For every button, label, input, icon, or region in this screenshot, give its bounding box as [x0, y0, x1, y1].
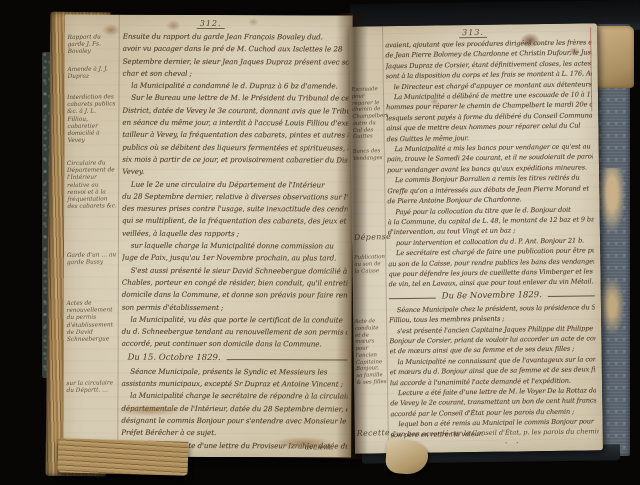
manuscript-line: S'est aussi présenté le sieur David Schn…: [122, 264, 348, 277]
catchword: avaient.: [305, 443, 333, 451]
manuscript-line: Sur le Bureau une lettre de M. le Présid…: [122, 92, 348, 105]
manuscript-line: son permis d'établissement ;: [122, 301, 348, 314]
manuscript-line: Juge de Paix, jusqu'au 1er Novembre proc…: [122, 252, 348, 265]
margin-rule-line: [117, 15, 120, 457]
margin-note: sur la circulaire du Départt. …: [66, 380, 116, 395]
manuscript-line: du 28 Septembre dernier, relative à dive…: [122, 191, 348, 204]
fore-edge-bottom-corner: [58, 438, 189, 475]
manuscript-line: départementale de l'Intérieur, datée du …: [121, 402, 347, 415]
ink-rule: [548, 295, 595, 297]
manuscript-line: Septembre dernier, le sieur Jean Jaques …: [123, 55, 349, 68]
page-number: 313.: [459, 28, 487, 38]
manuscript-line: publics où se débitent des liqueurs ferm…: [122, 141, 348, 154]
entries-after-heading: Séance Municipale, présents le Syndic et…: [121, 365, 347, 452]
entries-after-heading: Séance Municipale chez le président, sou…: [389, 302, 597, 440]
manuscript-line: domicile dans la Commune, et donne son p…: [122, 289, 348, 302]
manuscript-line: la Municipalité a condamné le d. Dupraz …: [123, 80, 349, 93]
margin-note: Escouade pour réparer le chemin de Champ…: [351, 86, 383, 141]
worn-cover-corner: [592, 26, 634, 88]
page-number: 312.: [197, 19, 225, 29]
ink-rule: [389, 297, 436, 299]
date-heading: Du 8e Novembre 1829.: [436, 290, 548, 302]
manuscript-line: Vevey.: [122, 166, 348, 179]
margin-note: Publication au son de la Caisse: [354, 254, 385, 275]
manuscript-line: en séance du même jour, a interdit à l'a…: [122, 117, 348, 130]
manuscript-line: accordé, peut continuer son domicile dan…: [122, 338, 348, 351]
manuscript-line: la Municipalité, vu dès que porte le cer…: [122, 314, 348, 327]
manuscript-line: Séance Municipale, présents le Syndic et…: [122, 365, 348, 378]
entries-before-heading: Ensuite du rapport du garde Jean Françoi…: [122, 31, 349, 352]
manuscript-line: tailleur à Vevey, la fréquentation des c…: [122, 129, 348, 142]
manuscript-line: Lue le 2e une circulaire du Département …: [122, 178, 348, 191]
margin-note: Interdiction des cabarets publics &c. à …: [67, 94, 118, 145]
manuscript-line: de vin, tel en Lavaux, ainsi que pour to…: [389, 277, 595, 290]
manuscript-line: District, datée de Vevey le 3e courant, …: [122, 104, 348, 117]
end-flourish-dots: · ·: [505, 438, 522, 447]
manuscript-line: six mois à partir de ce jour, et proviso…: [122, 154, 348, 167]
entries-before-heading: avaient, ajoutant que les procédures dir…: [385, 37, 594, 290]
main-text-column: avaient, ajoutant que les procédures dir…: [385, 37, 597, 440]
cover-wear-patch: [600, 278, 624, 334]
manuscript-line: avoir vu pacager dans le pré de M. Cucho…: [123, 43, 349, 56]
manuscript-line: la Municipalité charge le secrétaire de …: [121, 390, 347, 403]
manuscript-line: Chables, porteur en congé de résider, bi…: [122, 277, 348, 290]
margin-note: Garde d'un … au garde Bussy: [67, 252, 117, 267]
main-text-column: Ensuite du rapport du garde Jean Françoi…: [121, 31, 348, 453]
ink-rule: [227, 359, 348, 360]
margin-note: Actes de renouvellement du permis d'étab…: [66, 300, 117, 344]
margin-note: Rapport du garde J. Fs. Bovaley: [68, 34, 118, 56]
margin-note: Bancs des Vendanges: [353, 148, 383, 162]
manuscript-line: veillées, à laquelle des rapports ;: [122, 227, 348, 240]
margin-note: Amende à J. J. Dupraz: [67, 66, 117, 81]
manuscript-page-right: 313. Escouade pour réparer le chemin de …: [349, 23, 603, 453]
margin-note: Circulaire du Département de l'Intérieur…: [67, 160, 118, 211]
manuscript-line: sur laquelle charge la Municipalité donn…: [122, 240, 348, 253]
cover-wear-patch: [599, 168, 625, 232]
manuscript-line: char et son cheval ;: [123, 68, 349, 81]
manuscript-page-left: 312. Rapport du garde J. Fs. Bovaley Ame…: [63, 14, 353, 457]
manuscript-line: Préfet Bérêcher à ce sujet.: [121, 427, 347, 440]
manuscript-line: désignant le commis Bonjour pour s'enten…: [121, 415, 347, 428]
manuscript-line: des mesures prises contre l'usage, suite…: [122, 203, 348, 216]
date-heading: Du 15. Octobre 1829.: [122, 352, 227, 362]
manuscript-line: Ensuite du rapport du garde Jean Françoi…: [123, 31, 349, 44]
manuscript-line: qui se multiplient, de la fréquentation …: [122, 215, 348, 228]
margin-note: Acte de conduite et de mœurs pour l'anci…: [355, 318, 387, 386]
manuscript-line: assistants municipaux, excepté Sr Dupraz…: [121, 378, 347, 391]
date-heading-row: Du 15. Octobre 1829.: [122, 352, 348, 363]
manuscript-line: du d. Schneebergue tendant au renouvelle…: [122, 326, 348, 339]
date-heading-row: Du 8e Novembre 1829.: [389, 289, 595, 302]
